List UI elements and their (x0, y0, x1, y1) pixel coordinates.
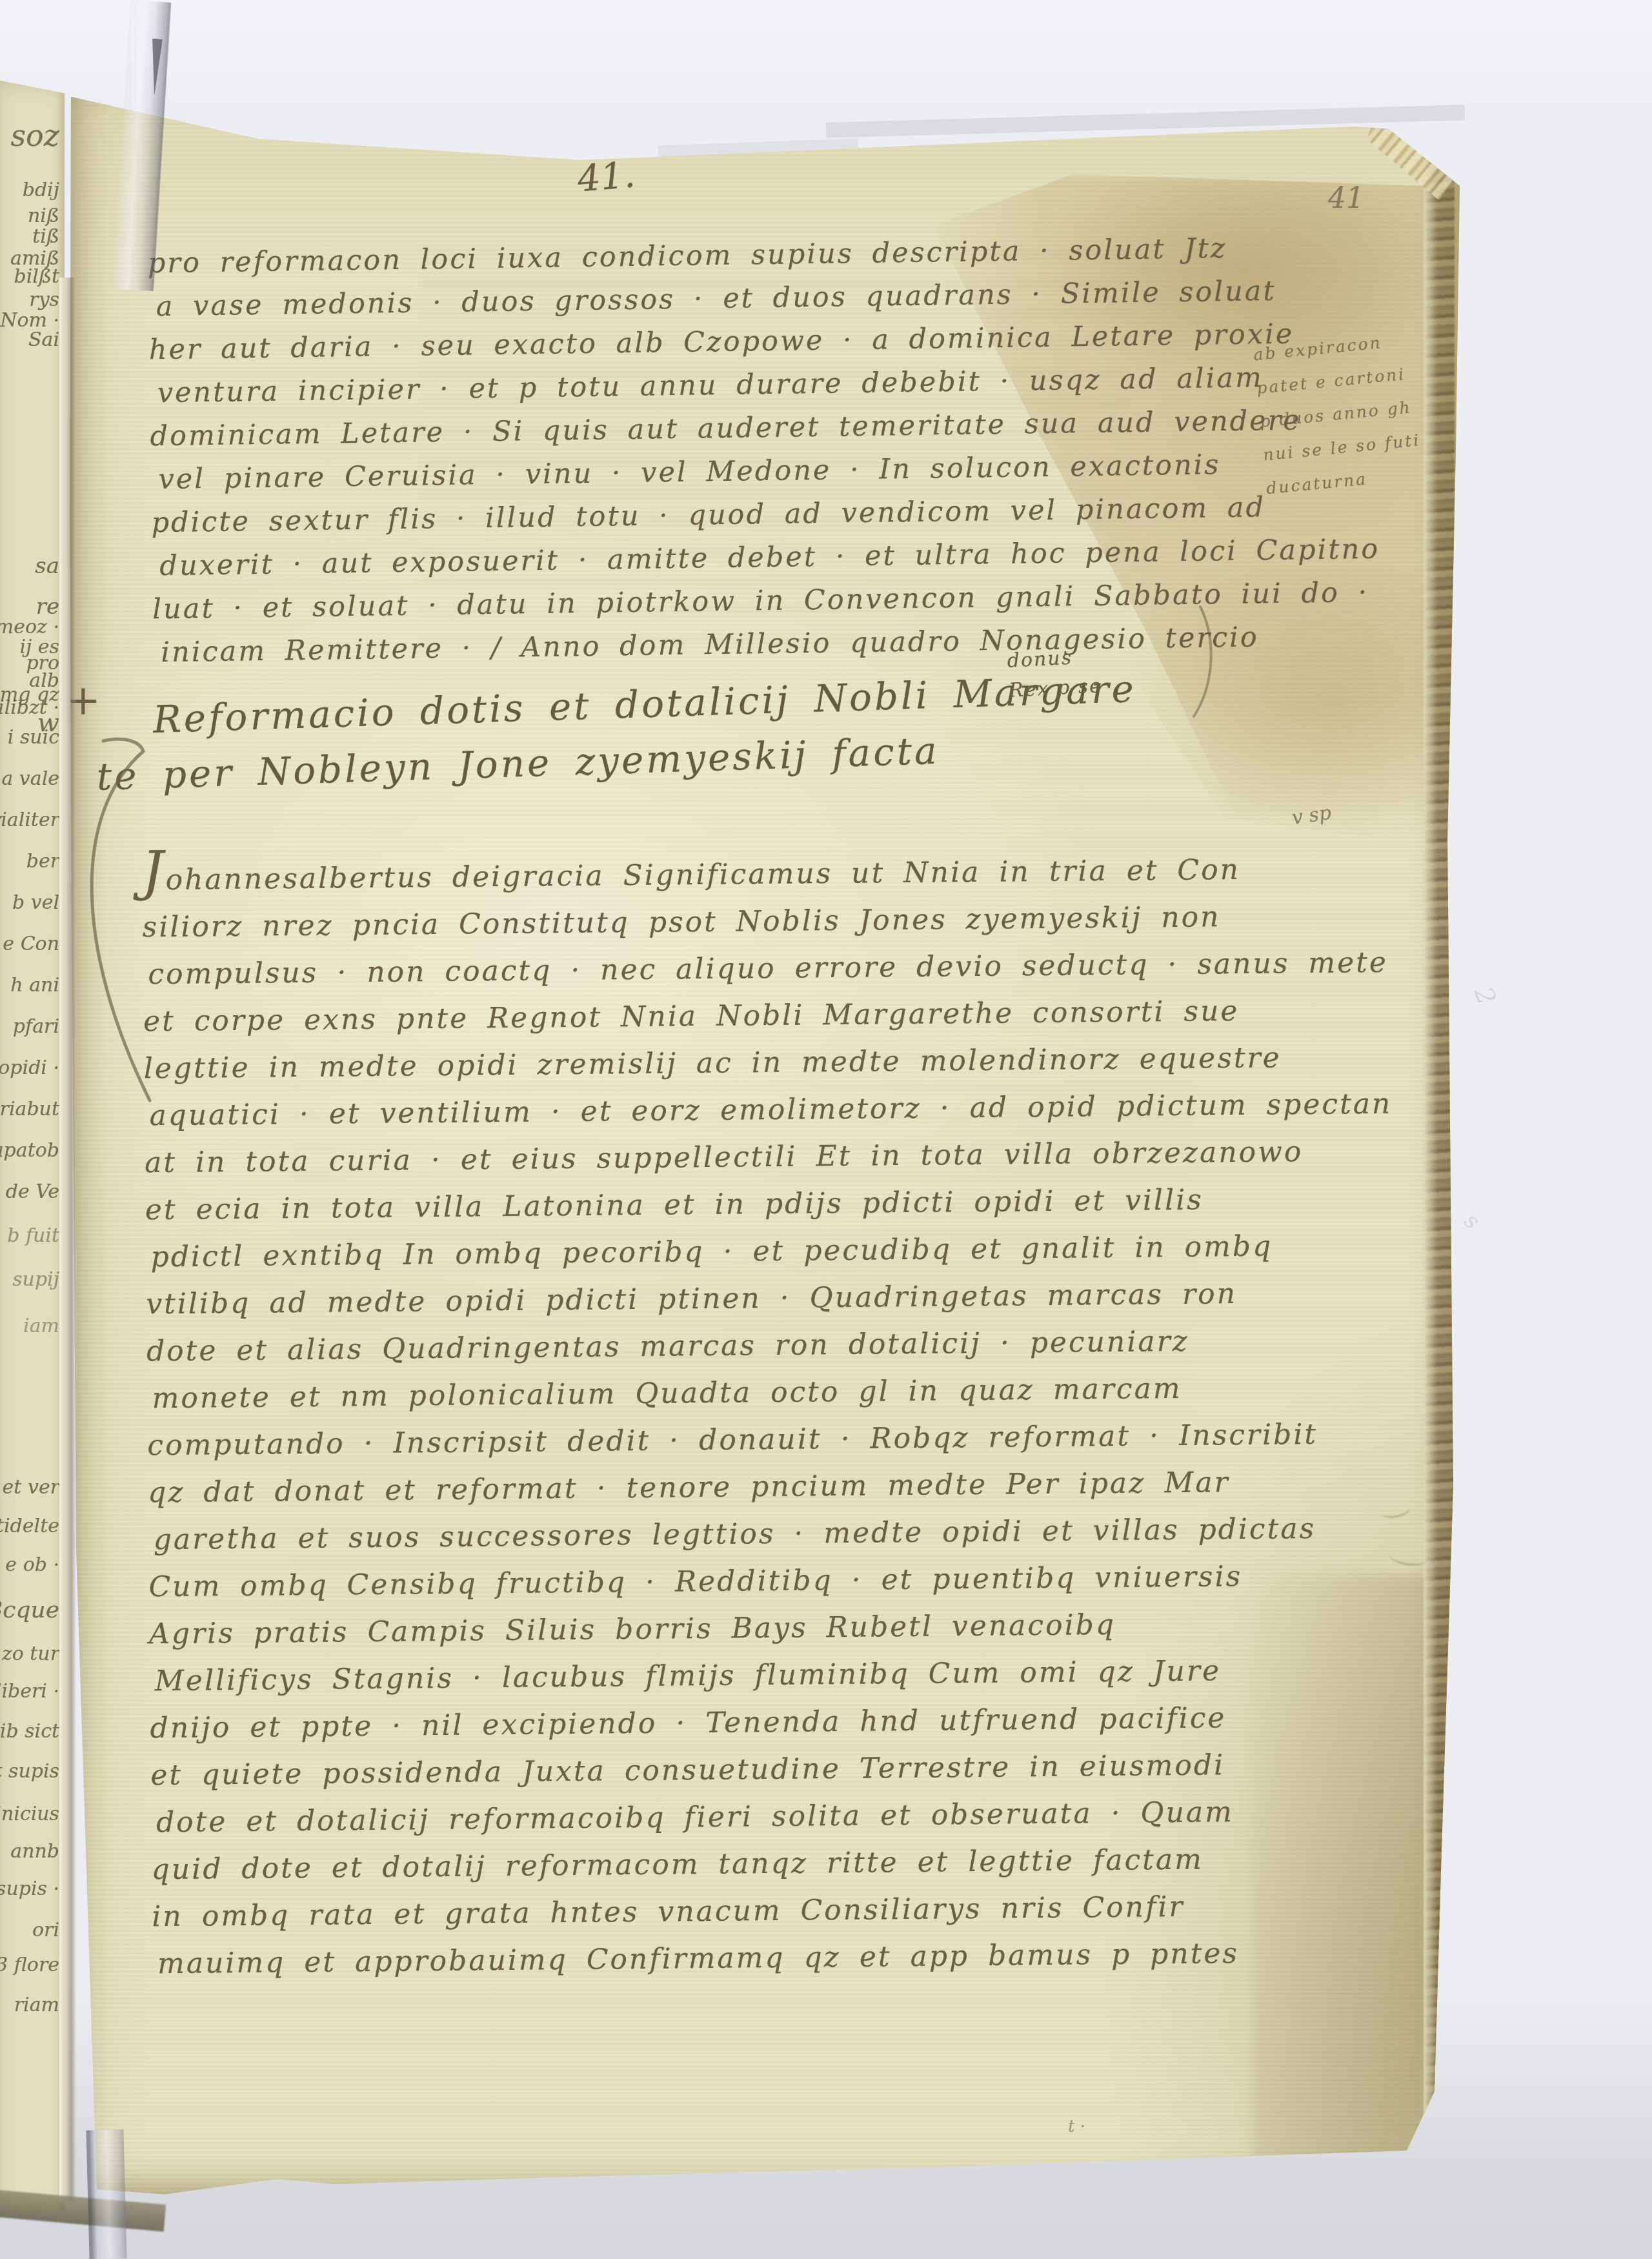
prev-page-text-fragment: t supis (0, 1762, 59, 1781)
prev-page-text-fragment: inicius (0, 1805, 59, 1824)
prev-page-text-fragment: apatob (0, 1141, 59, 1160)
prev-page-text-fragment: i suic (8, 728, 59, 747)
entry-body-paragraph: Johannesalbertus deigracia Significamus … (142, 845, 1401, 1987)
heading-side-note-line: donus (1007, 642, 1102, 676)
prev-page-text-fragment: rialiter (0, 811, 59, 830)
prev-page-text-fragment: tiß (32, 227, 59, 247)
prev-page-text-fragment: ori (32, 1921, 59, 1940)
prev-page-text-fragment: pfari (13, 1017, 59, 1037)
prev-page-text-fragment: 3 flore (0, 1956, 59, 1975)
page-fore-edge (1424, 77, 1455, 2207)
prev-page-text-fragment: iam (23, 1317, 59, 1336)
entry-heading: Reformacio dotis et dotalicij Nobli Marg… (152, 661, 1139, 803)
pen-flourish (1181, 600, 1233, 723)
folio-number-center: 41. (576, 154, 636, 201)
prev-page-text-fragment: Sai (28, 330, 59, 350)
folio-number-corner: 41 (1328, 182, 1364, 215)
prev-page-text-fragment: soz (10, 126, 59, 145)
prev-page-text-fragment: h ani (10, 976, 59, 995)
prev-page-text-fragment: Nom · (0, 311, 59, 330)
prev-page-text-fragment: sa (35, 556, 59, 576)
prev-page-text-fragment: ib sict (0, 1722, 59, 1741)
gutter-ridge (59, 278, 76, 2201)
prev-page-text-fragment: Bcque (0, 1601, 59, 1620)
pencil-mark: 2 (1468, 983, 1502, 1009)
manuscript-scan: soz bdij niß tiß amiß bilßt rys Nom · Sa… (0, 0, 1652, 2259)
manuscript-page: 41. 41 pro reformacon loci iuxa condicom… (65, 77, 1465, 2207)
prev-page-text-fragment: etidelte (0, 1517, 59, 1536)
prev-page-text-fragment: de Ve (6, 1182, 59, 1202)
prev-page-text-fragment: bilßt (14, 267, 60, 287)
prev-page-text-fragment: ber (26, 852, 59, 871)
heading-side-note: donus Rex p se (1007, 642, 1103, 705)
pencil-mark: s (1459, 1208, 1484, 1235)
prev-page-text-fragment: riam (14, 1996, 59, 2015)
prev-page-text-fragment: ariabut (0, 1100, 59, 1119)
prev-page-text-fragment: opidi · (0, 1059, 59, 1078)
prev-page-text-fragment: zo tur (2, 1645, 59, 1664)
prev-page-text-fragment: a vale (1, 769, 59, 789)
prev-page-text-fragment: supij (12, 1270, 59, 1290)
prev-page-text-fragment: rys (29, 290, 59, 310)
prev-page-text-fragment: bdij (23, 181, 59, 200)
ink-mark: t · (1068, 2117, 1085, 2136)
prev-page-text-fragment: supis · (0, 1879, 59, 1899)
prev-page-text-fragment: b vel (12, 893, 59, 913)
response-mark: v sp (1291, 802, 1333, 829)
prev-page-text-fragment: annb (10, 1842, 59, 1861)
prev-page-text-fragment: meoz · (0, 618, 59, 637)
prev-page-text-fragment: re (36, 597, 59, 616)
prev-page-text-fragment: b fuit (7, 1226, 59, 1246)
heading-side-note-line: Rex p se (1008, 671, 1103, 706)
previous-page-edge: soz bdij niß tiß amiß bilßt rys Nom · Sa… (0, 76, 65, 2219)
prev-page-text-fragment: liberi · (0, 1682, 59, 1701)
margin-note: ab expiracon patet e cartoni p duos anno… (1252, 323, 1425, 505)
transparent-strip-bottom (86, 2129, 126, 2259)
prev-page-text-fragment: e ob · (5, 1555, 59, 1575)
prev-page-text-fragment: niß (28, 207, 59, 226)
book-bottom-edge (0, 2189, 166, 2231)
prev-page-text-fragment: e Con (3, 935, 59, 954)
prev-page-text-fragment: et ver (3, 1478, 59, 1497)
